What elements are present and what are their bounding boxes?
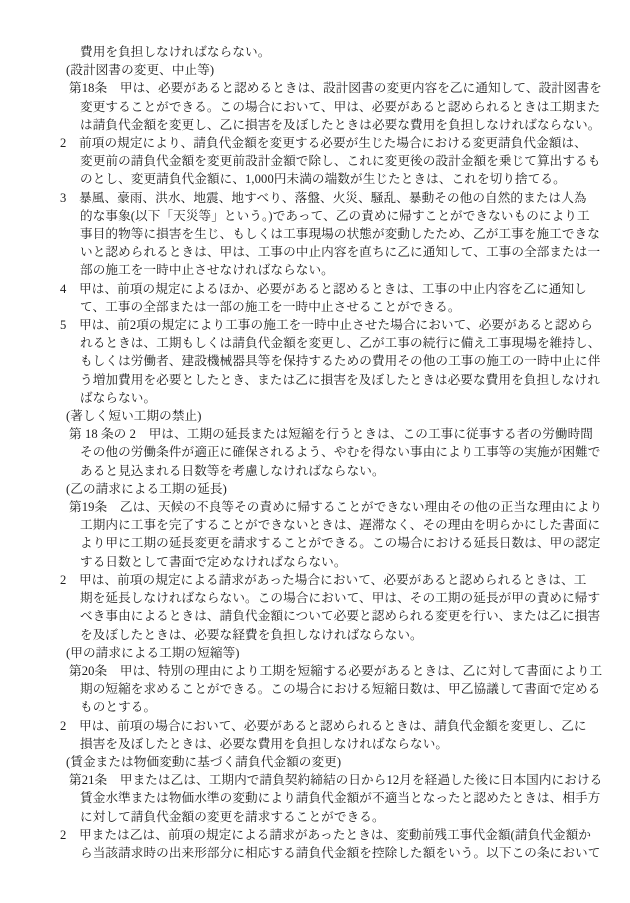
continuation-line: を及ぼしたときは、必要な経費を負担しなければならない。 <box>80 626 616 644</box>
article-line: 第18条 甲は、必要があると認めるときは、設計図書の変更内容を乙に通知して、設計… <box>69 79 616 97</box>
article-line: 第 18 条の 2 甲は、工期の延長または短縮を行うときは、この工事に従事する者… <box>69 425 616 443</box>
continuation-line: 工期内に工事を完了することができないときは、遅滞なく、その理由を明らかにした書面… <box>80 516 616 534</box>
continuation-line: 賃金水準または物価水準の変動により請負代金額が不適当となったと認めたときは、相手… <box>80 789 616 807</box>
continuation-line: う増加費用を必要としたとき、または乙に損害を及ぼしたときは必要な費用を負担しなけ… <box>80 371 616 389</box>
document-page: 費用を負担しなければならない。(設計図書の変更、中止等)第18条 甲は、必要があ… <box>0 0 630 903</box>
continuation-line: する日数として書面で定めなければならない。 <box>80 553 616 571</box>
continuation-line: て、工事の全部または一部の施工を一時中止させることができる。 <box>80 298 616 316</box>
heading-line: (乙の請求による工期の延長) <box>66 480 616 498</box>
continuation-line: ものとする。 <box>80 698 616 716</box>
continuation-line: れるときは、工期もしくは請負代金額を変更し、乙が工事の続行に備え工事現場を維持し… <box>80 334 616 352</box>
paragraph-line: 2 甲または乙は、前項の規定による請求があったときは、変動前残工事代金額(請負代… <box>60 826 616 844</box>
continuation-line: 費用を負担しなければならない。 <box>80 43 616 61</box>
heading-line: (賃金または物価変動に基づく請負代金額の変更) <box>66 753 616 771</box>
continuation-line: 的な事象(以下「天災等」という。)であって、乙の責めに帰すことができないものによ… <box>80 207 616 225</box>
continuation-line: 部の施工を一時中止させなければならない。 <box>80 261 616 279</box>
continuation-line: より甲に工期の延長変更を請求することができる。この場合における延長日数は、甲の認… <box>80 534 616 552</box>
paragraph-line: 4 甲は、前項の規定によるほか、必要があると認めるときは、工事の中止内容を乙に通… <box>60 280 616 298</box>
heading-line: (著しく短い工期の禁止) <box>66 407 616 425</box>
continuation-line: その他の労働条件が適正に確保されるよう、やむを得ない事由により工事等の実施が困難… <box>80 443 616 461</box>
article-line: 第21条 甲または乙は、工期内で請負契約締結の日から12月を経過した後に日本国内… <box>69 771 616 789</box>
heading-line: (甲の請求による工期の短縮等) <box>66 644 616 662</box>
paragraph-line: 2 前項の規定により、請負代金額を変更する必要が生じた場合における変更請負代金額… <box>60 134 616 152</box>
continuation-line: ら当該請求時の出来形部分に相応する請負代金額を控除した額をいう。以下この条におい… <box>80 844 616 862</box>
continuation-line: 期を延長しなければならない。この場合において、甲は、その工期の延長が甲の責めに帰… <box>80 589 616 607</box>
contract-text: 費用を負担しなければならない。(設計図書の変更、中止等)第18条 甲は、必要があ… <box>60 43 616 862</box>
continuation-line: 損害を及ぼしたときは、必要な費用を負担しなければならない。 <box>80 735 616 753</box>
continuation-line: 事目的物等に損害を生じ、もしくは工事現場の状態が変動したため、乙が工事を施工でき… <box>80 225 616 243</box>
continuation-line: 期の短縮を求めることができる。この場合における短縮日数は、甲乙協議して書面で定め… <box>80 680 616 698</box>
paragraph-line: 2 甲は、前項の規定による請求があった場合において、必要があると認められるときは… <box>60 571 616 589</box>
paragraph-line: 5 甲は、前2項の規定により工事の施工を一時中止させた場合において、必要があると… <box>60 316 616 334</box>
continuation-line: もしくは労働者、建設機械器具等を保持するための費用その他の工事の施工の一時中止に… <box>80 352 616 370</box>
paragraph-line: 2 甲は、前項の場合において、必要があると認められるときは、請負代金額を変更し、… <box>60 717 616 735</box>
article-line: 第19条 乙は、天候の不良等その責めに帰することができない理由その他の正当な理由… <box>69 498 616 516</box>
continuation-line: に対して請負代金額の変更を請求することができる。 <box>80 808 616 826</box>
continuation-line: べき事由によるときは、請負代金額について必要と認められる変更を行い、または乙に損… <box>80 607 616 625</box>
continuation-line: は請負代金額を変更し、乙に損害を及ぼしたときは必要な費用を負担しなければならない… <box>80 116 616 134</box>
continuation-line: ばならない。 <box>80 389 616 407</box>
paragraph-line: 3 暴風、豪雨、洪水、地震、地すべり、落盤、火災、騒乱、暴動その他の自然的または… <box>60 189 616 207</box>
continuation-line: 変更することができる。この場合において、甲は、必要があると認められるときは工期ま… <box>80 98 616 116</box>
continuation-line: のとし、変更請負代金額に、1,000円未満の端数が生じたときは、これを切り捨てる… <box>80 170 616 188</box>
continuation-line: あると見込まれる日数等を考慮しなければならない。 <box>80 462 616 480</box>
article-line: 第20条 甲は、特別の理由により工期を短縮する必要があるときは、乙に対して書面に… <box>69 662 616 680</box>
heading-line: (設計図書の変更、中止等) <box>66 61 616 79</box>
continuation-line: いと認められるときは、甲は、工事の中止内容を直ちに乙に通知して、工事の全部または… <box>80 243 616 261</box>
continuation-line: 変更前の請負代金額を変更前設計金額で除し、これに変更後の設計金額を乗じて算出する… <box>80 152 616 170</box>
